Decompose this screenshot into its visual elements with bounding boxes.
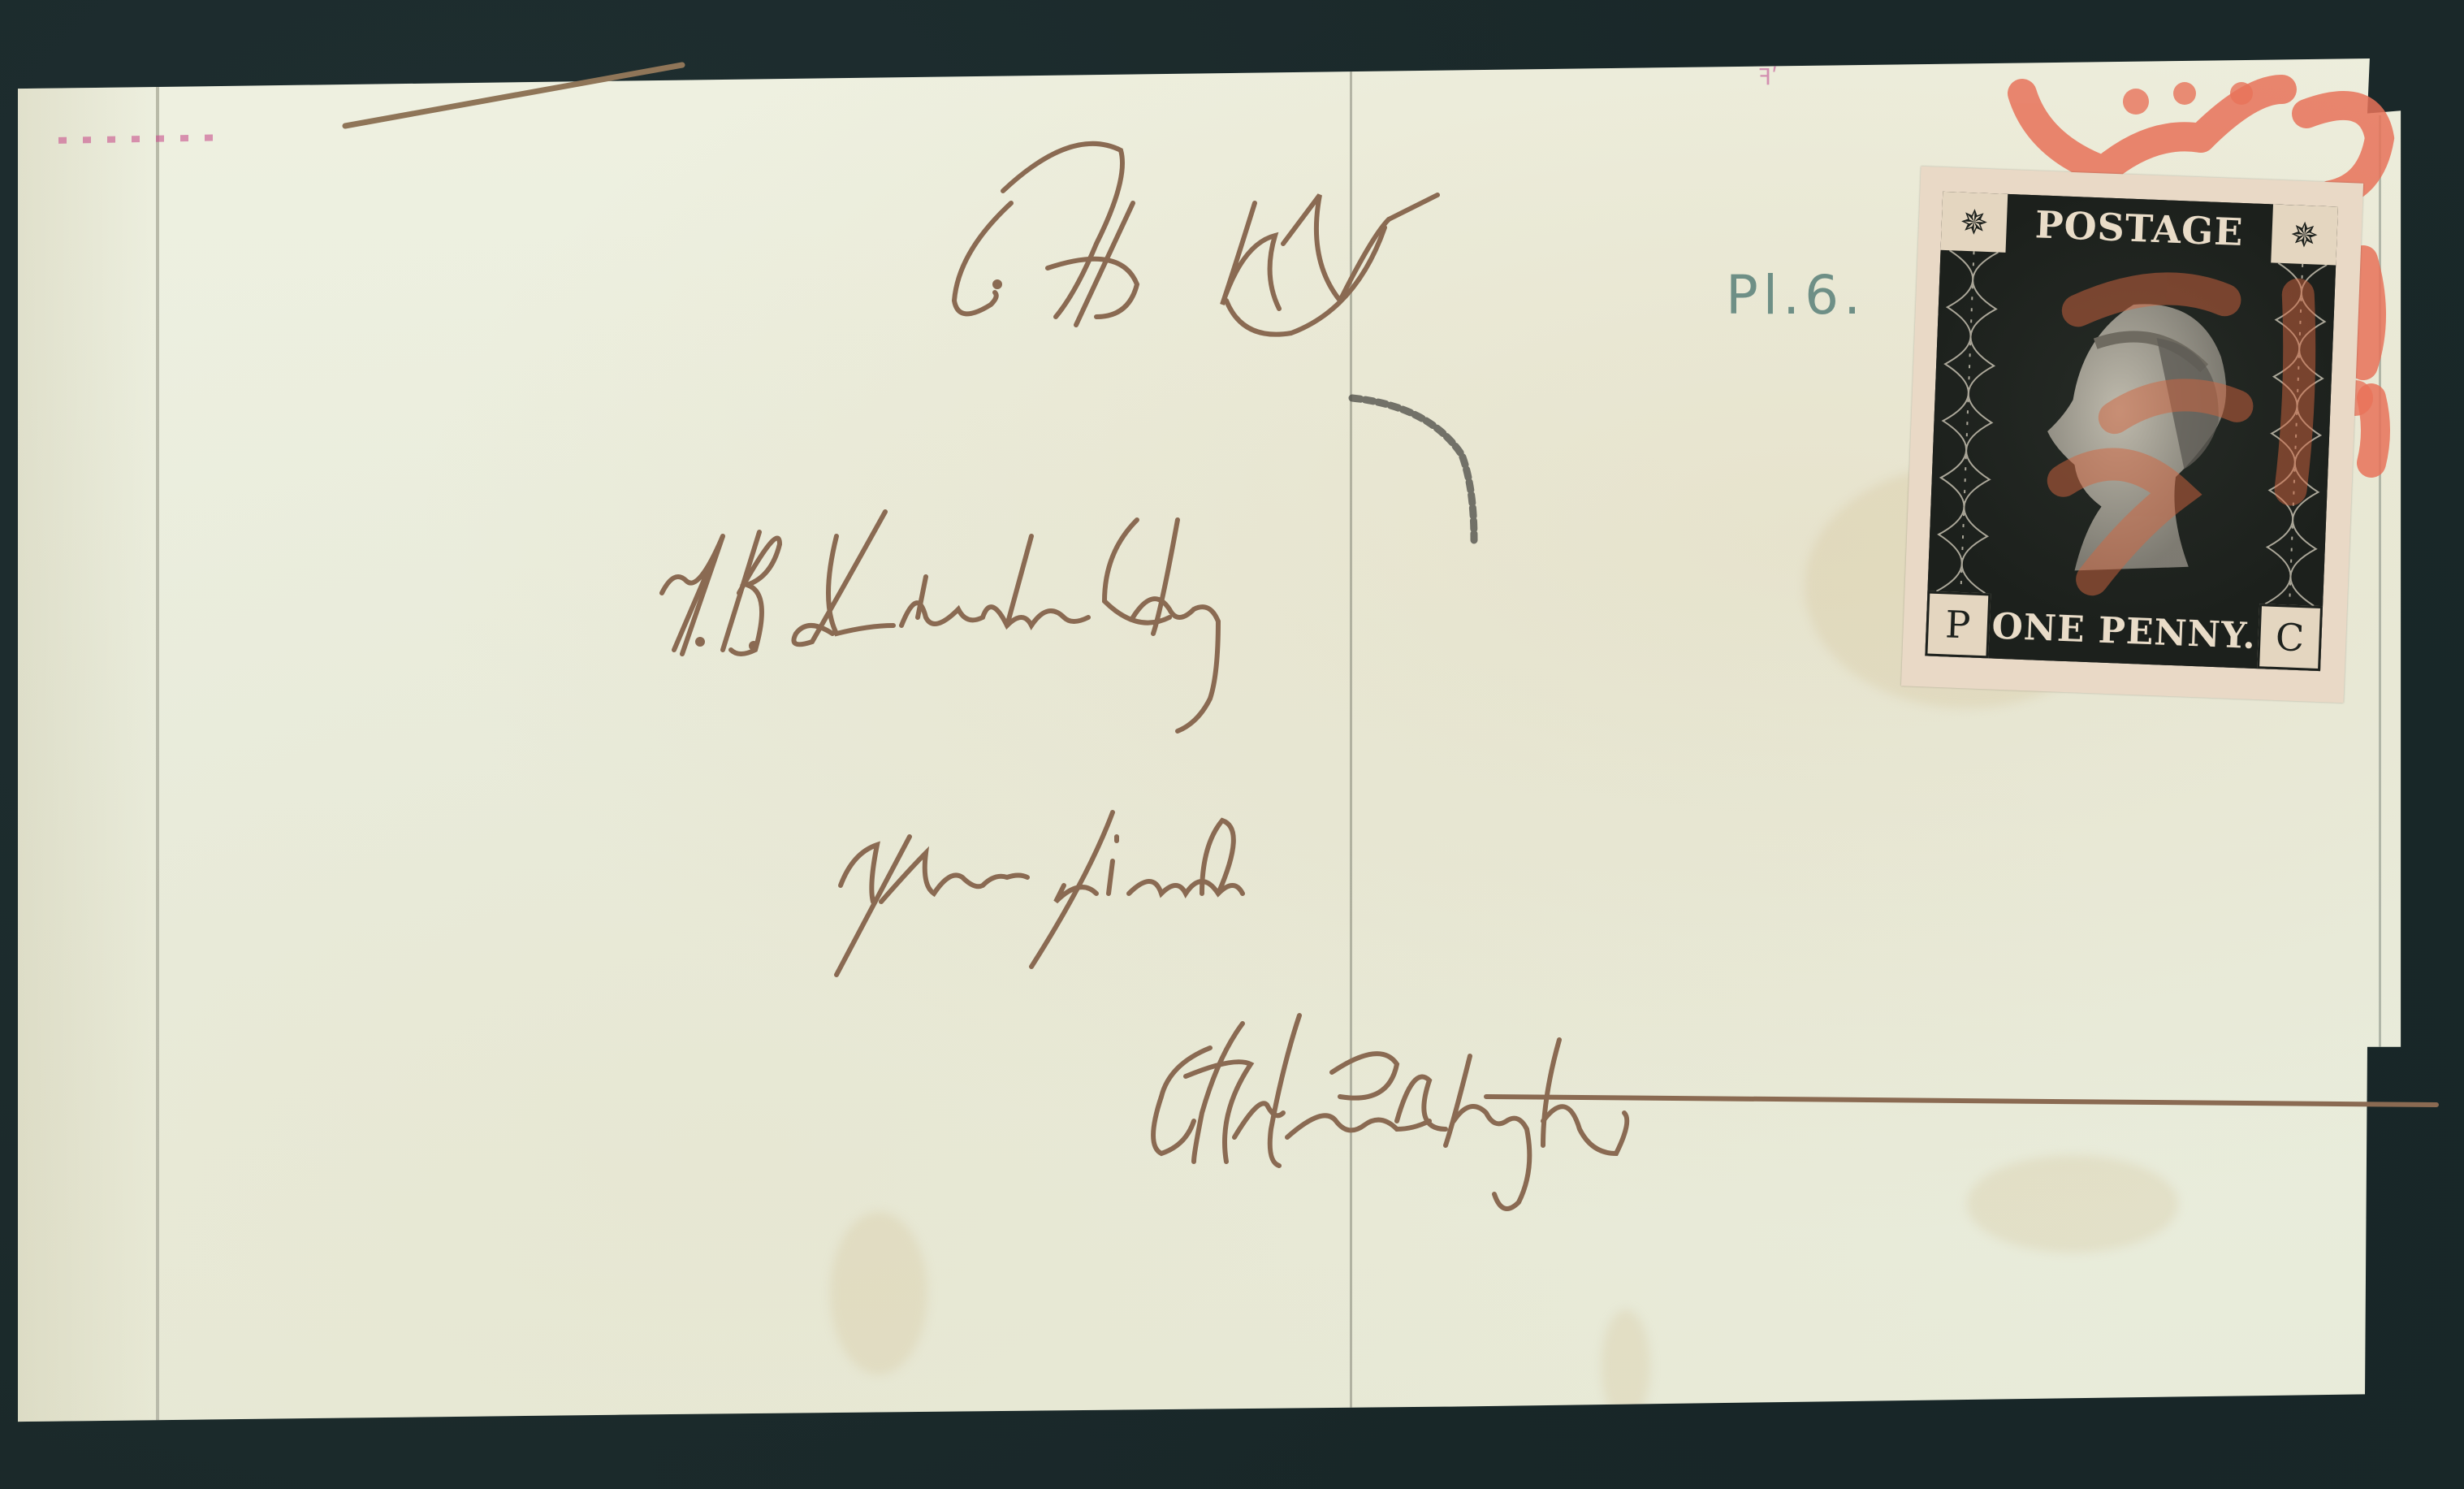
stamp-design: ✵ POSTAGE ✵ <box>1925 192 2338 671</box>
corner-star-icon: ✵ <box>1941 192 2008 253</box>
lattice-ornament-icon <box>2261 263 2331 606</box>
check-letter-left: P <box>1925 591 1991 658</box>
penny-black-stamp: ✵ POSTAGE ✵ <box>1901 167 2363 703</box>
address-line-2: W. B. I. Gordon Esq <box>650 487 1787 747</box>
address-line-3: Procr fiscal <box>820 780 1673 991</box>
pink-pencil-mark: ꟻʹ <box>1758 63 1778 90</box>
stamp-value-label: ONE PENNY. <box>1988 593 2259 669</box>
stamp-postage-label: POSTAGE <box>2009 194 2269 262</box>
address-line-4: Kirkcudbright <box>1137 999 2436 1218</box>
corner-star-icon: ✵ <box>2271 204 2338 265</box>
pencil-plate-note: Pl.6. <box>1726 264 1865 327</box>
check-letter-right: C <box>2257 604 2323 671</box>
lattice-ornament-icon <box>1932 250 2002 593</box>
queen-victoria-portrait <box>2025 284 2256 593</box>
address-line-1: C. H. M. <box>934 130 1746 341</box>
